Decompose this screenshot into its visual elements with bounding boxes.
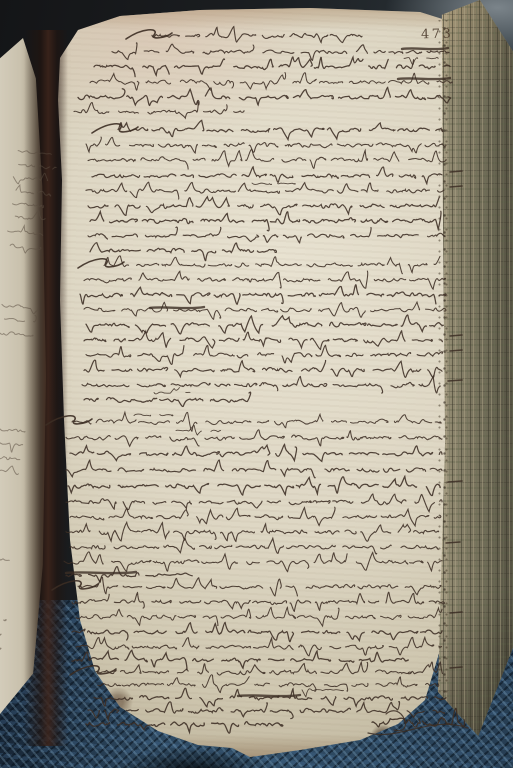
page-number: 473 bbox=[421, 27, 454, 43]
handwriting-ink bbox=[0, 0, 513, 768]
